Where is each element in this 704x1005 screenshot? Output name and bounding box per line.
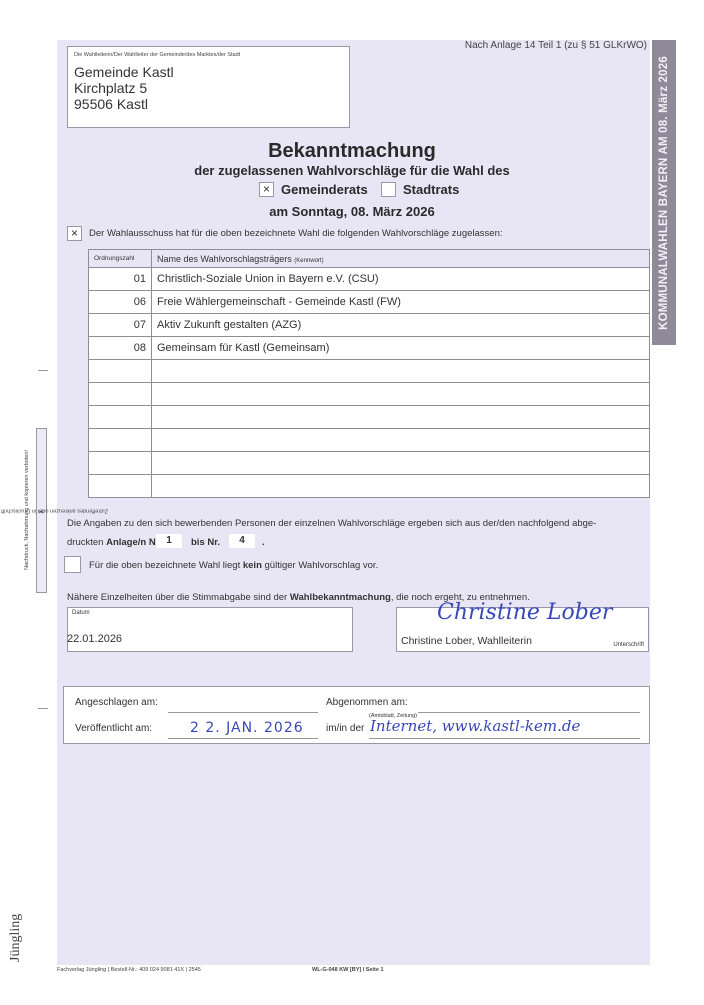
publication-box: Angeschlagen am: Abgenommen am: Veröffen…	[63, 686, 650, 744]
table-row	[89, 383, 650, 406]
cell-ordnungszahl[interactable]: 07	[89, 314, 152, 337]
page-subtitle: der zugelassenen Wahlvorschläge für die …	[0, 163, 704, 178]
address-line-1: Gemeinde Kastl	[74, 64, 174, 80]
instruction-text: X Zutreffendes ankreuzen oder in Drucksc…	[39, 508, 45, 513]
address-line-3: 95506 Kastl	[74, 96, 148, 112]
table-row: 01Christlich-Soziale Union in Bayern e.V…	[89, 268, 650, 291]
checkbox-gemeinderat[interactable]: ×	[259, 182, 274, 197]
authority-label: Die Wahlleiterin/Der Wahlleiter der Geme…	[74, 52, 240, 58]
address-line-2: Kirchplatz 5	[74, 80, 147, 96]
medium-field-line	[369, 738, 640, 739]
cell-ordnungszahl[interactable]	[89, 383, 152, 406]
checkbox-no-valid[interactable]	[64, 556, 81, 573]
cell-name[interactable]	[152, 452, 650, 475]
signature-label: Unterschrift	[613, 642, 644, 648]
table-row	[89, 406, 650, 429]
attachments-prefix: druckten	[67, 537, 103, 548]
removed-label: Abgenommen am:	[326, 697, 408, 708]
admitted-text: Der Wahlausschuss hat für die oben bezei…	[89, 228, 503, 239]
cell-name[interactable]	[152, 429, 650, 452]
fold-mark-top	[38, 370, 48, 371]
cell-name[interactable]: Aktiv Zukunft gestalten (AZG)	[152, 314, 650, 337]
header-name-hint: (Kennwort)	[294, 258, 323, 264]
checkbox-stadtrat[interactable]	[381, 182, 396, 197]
signature-box: Christine Lober Christine Lober, Wahllei…	[396, 607, 649, 652]
medium-value[interactable]: Internet, www.kastl-kem.de	[370, 717, 580, 735]
header-ordnungszahl: Ordnungszahl	[89, 250, 152, 268]
authority-address-box: Die Wahlleiterin/Der Wahlleiter der Geme…	[67, 46, 350, 128]
cell-ordnungszahl[interactable]: 06	[89, 291, 152, 314]
table-row: 06Freie Wählergemeinschaft - Gemeinde Ka…	[89, 291, 650, 314]
attachments-end: .	[262, 537, 265, 548]
posted-field[interactable]	[168, 712, 318, 713]
no-valid-text: Für die oben bezeichnete Wahl liegt kein…	[89, 560, 378, 571]
cell-name[interactable]: Gemeinsam für Kastl (Gemeinsam)	[152, 337, 650, 360]
cell-ordnungszahl[interactable]: 08	[89, 337, 152, 360]
label-stadtrat: Stadtrats	[403, 182, 459, 197]
cell-name[interactable]	[152, 406, 650, 429]
cell-ordnungszahl[interactable]	[89, 406, 152, 429]
no-valid-bold: kein	[243, 560, 262, 571]
footer-form-id: WL-G-048 KW [BY] I Seite 1	[312, 967, 384, 973]
cell-ordnungszahl[interactable]: 01	[89, 268, 152, 291]
attachments-text-2: druckten Anlage/n Nr	[67, 537, 159, 548]
published-date-stamp[interactable]: 2 2. JAN. 2026	[190, 720, 304, 736]
signatory-name: Christine Lober, Wahlleiterin	[401, 635, 532, 647]
side-banner: KOMMUNALWAHLEN BAYERN AM 08. März 2026	[652, 40, 676, 345]
published-label: Veröffentlicht am:	[75, 723, 152, 734]
publisher-logo: Jüngling	[8, 914, 24, 962]
instruction-box: X Zutreffendes ankreuzen oder in Drucksc…	[36, 428, 47, 593]
attachments-bold: Anlage/n Nr	[106, 537, 159, 548]
details-before: Nähere Einzelheiten über die Stimmabgabe…	[67, 592, 287, 603]
header-name: Name des Wahlvorschlagsträgers (Kennwort…	[152, 250, 650, 268]
legal-reference: Nach Anlage 14 Teil 1 (zu § 51 GLKrWO)	[465, 40, 647, 51]
cell-ordnungszahl[interactable]	[89, 452, 152, 475]
attachment-from-field[interactable]: 1	[156, 534, 182, 548]
cell-name[interactable]	[152, 383, 650, 406]
proposals-table: Ordnungszahl Name des Wahlvorschlagsträg…	[88, 249, 650, 498]
table-row	[89, 360, 650, 383]
cell-name[interactable]	[152, 360, 650, 383]
attachment-to-label: bis Nr.	[191, 537, 220, 548]
cell-ordnungszahl[interactable]	[89, 429, 152, 452]
date-value[interactable]: 22.01.2026	[67, 633, 122, 645]
table-row	[89, 452, 650, 475]
table-row: 07Aktiv Zukunft gestalten (AZG)	[89, 314, 650, 337]
footer-publisher: Fachverlag Jüngling | Bestell-Nr.: 409 0…	[57, 967, 201, 973]
medium-label: im/in der	[326, 723, 364, 734]
cell-name[interactable]: Freie Wählergemeinschaft - Gemeinde Kast…	[152, 291, 650, 314]
table-row	[89, 429, 650, 452]
table-header: Ordnungszahl Name des Wahlvorschlagsträg…	[89, 250, 650, 268]
form-background	[57, 40, 650, 965]
no-valid-after: gültiger Wahlvorschlag vor.	[265, 560, 379, 571]
date-box: Datum 22.01.2026	[67, 607, 353, 652]
table-row	[89, 475, 650, 498]
posted-label: Angeschlagen am:	[75, 697, 158, 708]
published-field-line	[168, 738, 318, 739]
cell-ordnungszahl[interactable]	[89, 360, 152, 383]
cell-ordnungszahl[interactable]	[89, 475, 152, 498]
table-row: 08Gemeinsam für Kastl (Gemeinsam)	[89, 337, 650, 360]
side-banner-text: KOMMUNALWAHLEN BAYERN AM 08. März 2026	[658, 56, 670, 330]
cell-name[interactable]: Christlich-Soziale Union in Bayern e.V. …	[152, 268, 650, 291]
fold-mark-bottom	[38, 708, 48, 709]
instruction-label: Zutreffendes ankreuzen oder in Druckschr…	[0, 508, 107, 514]
election-date: am Sonntag, 08. März 2026	[0, 204, 704, 219]
date-label: Datum	[72, 610, 90, 616]
attachments-text-1: Die Angaben zu den sich bewerbenden Pers…	[67, 518, 596, 529]
attachment-to-field[interactable]: 4	[229, 534, 255, 548]
cell-name[interactable]	[152, 475, 650, 498]
checkbox-admitted[interactable]: ×	[67, 226, 82, 241]
details-bold: Wahlbekanntmachung	[290, 592, 391, 603]
removed-field[interactable]	[418, 712, 640, 713]
no-valid-before: Für die oben bezeichnete Wahl liegt	[89, 560, 240, 571]
handwritten-signature: Christine Lober	[437, 600, 612, 625]
header-name-text: Name des Wahlvorschlagsträgers	[157, 254, 292, 264]
page-title: Bekanntmachung	[0, 140, 704, 163]
label-gemeinderat: Gemeinderats	[281, 182, 368, 197]
